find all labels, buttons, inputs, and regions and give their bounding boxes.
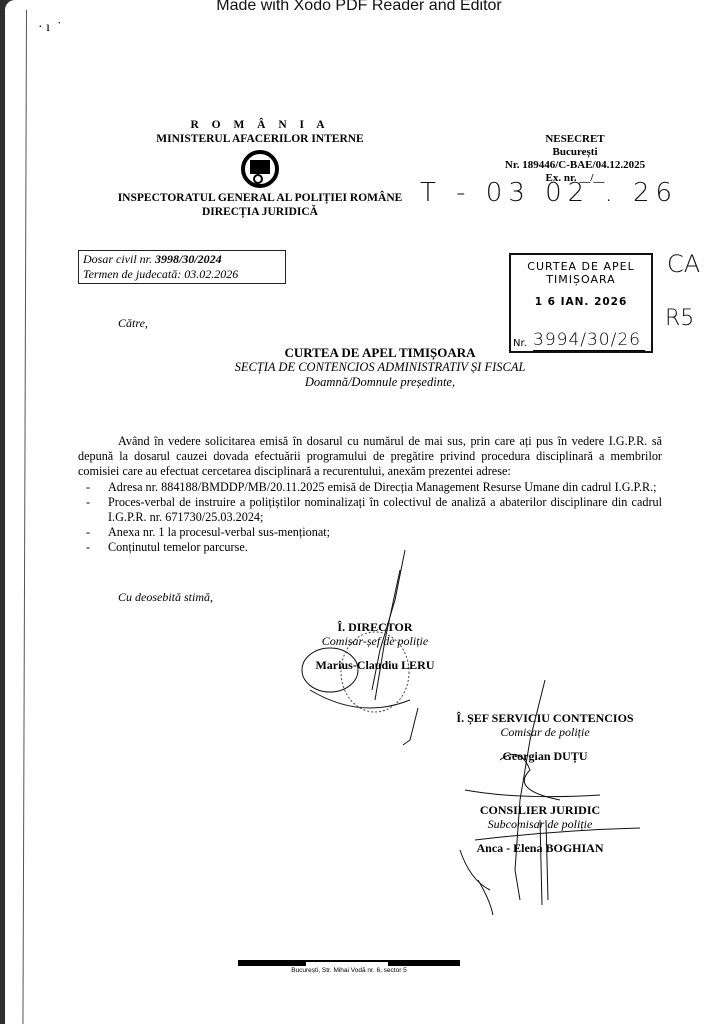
signatory-rank: Subcomisar de poliție [435, 817, 645, 831]
signatory-head-litigation: Î. ȘEF SERVICIU CONTENCIOS Comisar de po… [425, 711, 665, 763]
footer-address: București, Str. Mihai Vodă nr. 6, sector… [238, 967, 460, 974]
signatory-rank: Comisar de poliție [425, 725, 665, 739]
signatory-title: CONSILIER JURIDIC [435, 803, 645, 817]
signatory-name: Marius-Claudiu LERU [290, 658, 460, 672]
signatory-title: Î. ȘEF SERVICIU CONTENCIOS [425, 711, 665, 725]
signatory-director: Î. DIRECTOR Comisar-șef de poliție Mariu… [290, 620, 460, 672]
signatory-legal-advisor: CONSILIER JURIDIC Subcomisar de poliție … [435, 803, 645, 855]
signatory-name: Anca - Elena BOGHIAN [435, 841, 645, 855]
signatory-name: Georgian DUȚU [425, 749, 665, 763]
signatures-and-seal-icon [0, 0, 718, 1024]
signatory-rank: Comisar-șef de poliție [290, 634, 460, 648]
signatory-title: Î. DIRECTOR [290, 620, 460, 634]
footer-rule [238, 960, 460, 966]
